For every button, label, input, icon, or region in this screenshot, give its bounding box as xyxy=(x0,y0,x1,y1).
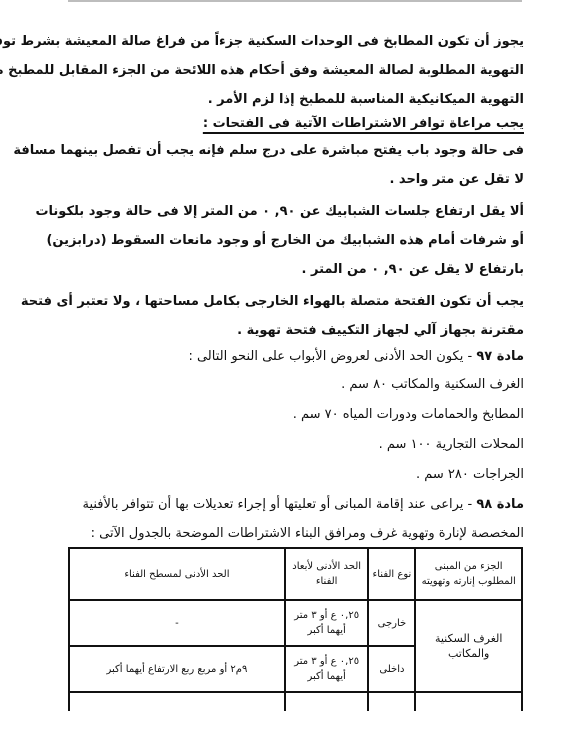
table-row-continuation xyxy=(69,692,522,711)
paragraph-door-line2: لا تقل عن متر واحد . xyxy=(58,165,524,194)
table-row: الغرف السكنية والمكاتب خارجى ٠,٢٥ ع أو ٣… xyxy=(69,600,522,646)
top-rule xyxy=(68,0,522,2)
cell-dims: ٠,٢٥ ع أو ٣ متر أيهما أكبر xyxy=(285,600,369,646)
paragraph-sill-line3: بارتفاع لا يقل عن ٩٠, ٠ من المتر . xyxy=(58,255,524,284)
article-98-text: - يراعى عند إقامة المبانى أو تعليتها أو … xyxy=(82,497,476,512)
paragraph-kitchen-line2: التهوية المطلوبة لصالة المعيشة وفق أحكام… xyxy=(58,56,524,85)
paragraph-door-line1: فى حالة وجود باب يفتح مباشرة على درج سلم… xyxy=(58,136,524,165)
paragraph-sill-line1: ألا يقل ارتفاع جلسات الشبابيك عن ٩٠, ٠ م… xyxy=(58,197,524,226)
cell-area: ٩م٢ أو مربع ربع الارتفاع أيهما أكبر xyxy=(69,646,285,692)
courtyard-requirements-table: الجزء من المبنى المطلوب إنارته وتهويته ن… xyxy=(68,547,523,711)
header-min-area: الحد الأدنى لمسطح الفناء xyxy=(69,548,285,600)
header-building-part: الجزء من المبنى المطلوب إنارته وتهويته xyxy=(415,548,522,600)
cell-type: داخلى xyxy=(368,646,415,692)
empty-cell xyxy=(285,692,369,711)
door-width-item: الجراجات ٢٨٠ سم . xyxy=(58,460,524,489)
article-98-line2: المخصصة لإنارة وتهوية غرف ومرافق البناء … xyxy=(58,519,524,548)
door-width-item: الغرف السكنية والمكاتب ٨٠ سم . xyxy=(58,370,524,399)
cell-building-part: الغرف السكنية والمكاتب xyxy=(415,600,522,692)
paragraph-air-line2: مقترنة بجهاز آلي لجهاز التكييف فتحة تهوي… xyxy=(58,316,524,345)
cell-type: خارجى xyxy=(368,600,415,646)
article-97: مادة ٩٧ - يكون الحد الأدنى لعروض الأبواب… xyxy=(58,342,524,371)
paragraph-air-line1: يجب أن تكون الفتحة متصلة بالهواء الخارجى… xyxy=(58,287,524,316)
empty-cell xyxy=(415,692,522,711)
empty-cell xyxy=(368,692,415,711)
article-97-text: - يكون الحد الأدنى لعروض الأبواب على الن… xyxy=(188,349,476,364)
door-width-item: المحلات التجارية ١٠٠ سم . xyxy=(58,430,524,459)
article-97-label: مادة ٩٧ xyxy=(476,349,524,364)
article-98-label: مادة ٩٨ xyxy=(476,497,524,512)
header-min-dimensions: الحد الأدنى لأبعاد الفناء xyxy=(285,548,369,600)
paragraph-kitchen-line1: يجوز أن تكون المطابخ فى الوحدات السكنية … xyxy=(58,27,524,56)
cell-area: - xyxy=(69,600,285,646)
cell-dims: ٠,٢٥ ع أو ٣ متر أيهما أكبر xyxy=(285,646,369,692)
article-98: مادة ٩٨ - يراعى عند إقامة المبانى أو تعل… xyxy=(58,490,524,519)
table-header-row: الجزء من المبنى المطلوب إنارته وتهويته ن… xyxy=(69,548,522,600)
door-width-item: المطابخ والحمامات ودورات المياه ٧٠ سم . xyxy=(58,400,524,429)
paragraph-sill-line2: أو شرفات أمام هذه الشبابيك من الخارج أو … xyxy=(58,226,524,255)
section-heading-openings: يجب مراعاة توافر الاشتراطات الآتية فى ال… xyxy=(58,109,524,138)
empty-cell xyxy=(69,692,285,711)
header-courtyard-type: نوع الفناء xyxy=(368,548,415,600)
